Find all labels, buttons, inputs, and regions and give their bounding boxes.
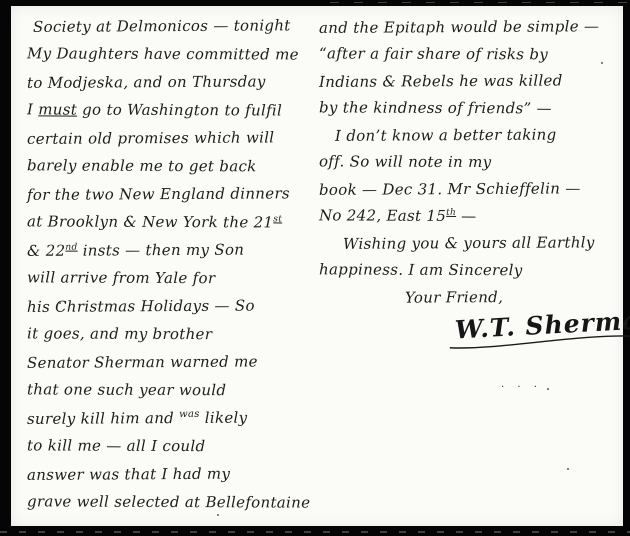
letter-line: Senator Sherman warned me [27,347,325,377]
letter-line: happiness. I am Sincerely [319,256,619,284]
underlined-word: must [38,100,77,118]
letter-line: to kill me — all I could [27,431,325,460]
scan-speck [217,514,219,516]
line-text: I [27,100,38,118]
scanned-letter: Society at Delmonicos — tonight My Daugh… [0,0,630,536]
letter-line: book — Dec 31. Mr Schieffelin — [319,175,619,204]
line-text: & 22 [27,242,66,260]
scan-speck [567,468,569,470]
letter-line: it goes, and my brother [27,319,325,348]
line-text: at Brooklyn & New York the 21 [27,212,273,231]
letter-line: My Daughters have committed me [27,39,325,68]
line-text: No 242, East 15 [319,206,446,225]
letter-line: that one such year would [27,375,325,404]
line-text: — [456,207,476,225]
signature-block: W.T. Sherman [454,307,626,353]
letter-line: for the two New England dinners [27,179,325,209]
letter-line: I must go to Washington to fulfil [27,95,325,124]
letter-line: “after a fair share of risks by [319,40,619,68]
scan-speck [59,302,61,304]
letter-line: Wishing you & yours all Earthly [343,229,619,258]
line-text: go to Washington to fulfil [77,101,282,120]
inserted-word: was [179,409,200,420]
letter-line: No 242, East 15th — [319,202,619,230]
letter-line: & 22nd insts — then my Son [27,235,325,265]
letter-line: his Christmas Holidays — So [27,291,325,321]
letter-line: certain old promises which will [27,123,325,153]
ordinal-suffix: th [446,208,456,218]
letter-paper: Society at Delmonicos — tonight My Daugh… [11,6,623,526]
letter-line: by the kindness of friends” — [319,94,619,122]
letter-line: to Modjeska, and on Thursday [27,67,325,97]
line-text: surely kill him and [27,409,179,428]
left-column: Society at Delmonicos — tonight My Daugh… [27,12,325,516]
asterism-marks: · · · [501,382,542,393]
scan-noise [330,2,630,3]
right-column: and the Epitaph would be simple — “after… [319,14,619,348]
letter-line: will arrive from Yale for [27,263,325,292]
letter-line: answer was that I had my [27,459,325,489]
ordinal-suffix: nd [65,243,77,253]
letter-line: at Brooklyn & New York the 21st [27,207,325,236]
letter-line: surely kill him and was likely [27,403,325,433]
scan-speck [601,62,603,64]
letter-line: grave well selected at Bellefontaine [27,487,325,516]
ordinal-suffix: st [273,214,282,224]
letter-line: Society at Delmonicos — tonight [33,11,325,41]
scan-speck [547,388,549,390]
letter-line: off. So will note in my [319,148,619,176]
letter-line: I don’t know a better taking [335,121,619,150]
scan-noise [0,531,630,533]
letter-line: and the Epitaph would be simple — [319,13,619,42]
letter-line: Indians & Rebels he was killed [319,67,619,96]
letter-line: Your Friend, [405,283,619,311]
line-text: insts — then my Son [78,241,245,260]
line-text: likely [200,409,248,427]
letter-line: barely enable me to get back [27,151,325,180]
